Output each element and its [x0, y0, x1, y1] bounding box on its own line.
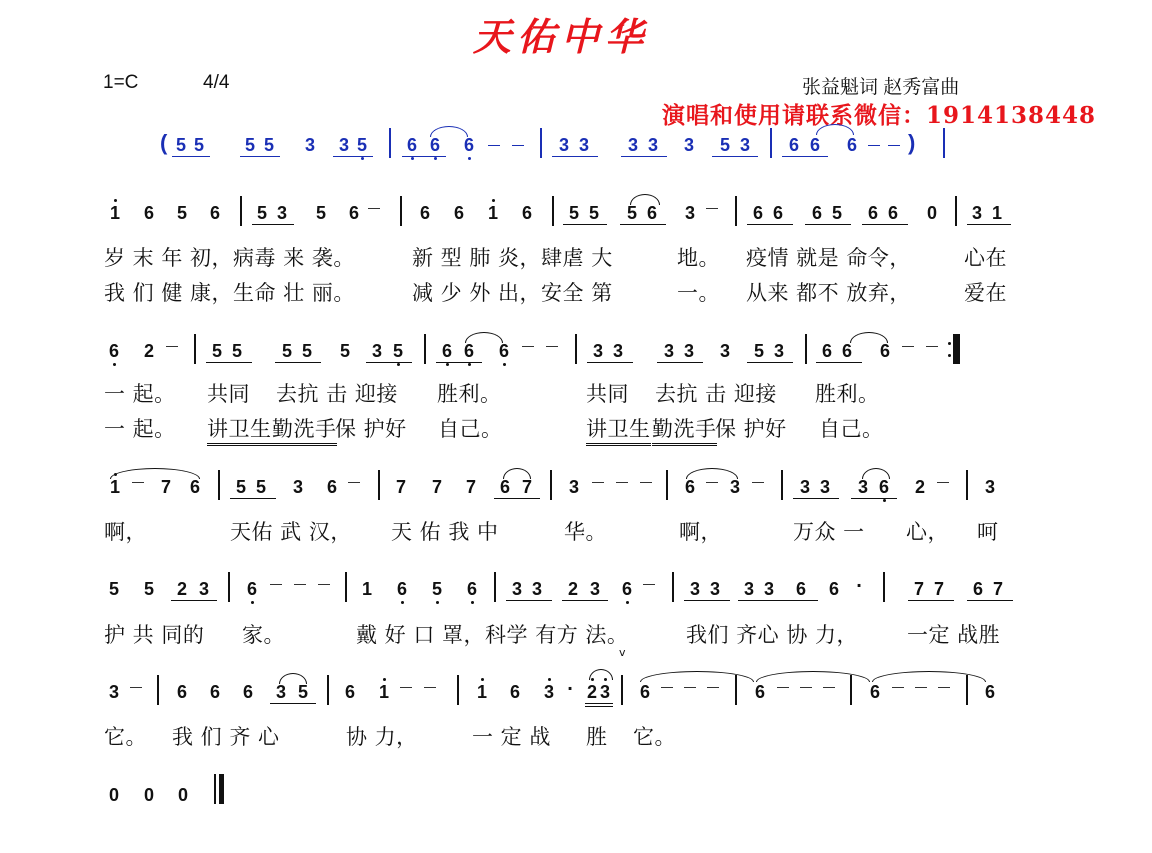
note: 3 [718, 341, 732, 361]
note: 3 [567, 477, 581, 497]
eighth-underline [908, 600, 954, 601]
note: 6 [418, 203, 432, 223]
lyric: 一定 战胜 [907, 619, 1000, 649]
barline [550, 470, 552, 500]
note-low-octave: 6 [497, 341, 511, 361]
system6-notes: 0 0 0 [0, 782, 1152, 822]
rest: 0 [176, 785, 190, 805]
note-low-octave: 6 [107, 341, 121, 361]
note-high-octave: 2 [585, 682, 599, 702]
note: 6 [840, 341, 854, 361]
note: 5 [210, 341, 224, 361]
tie [872, 671, 986, 682]
note: 3 [738, 135, 752, 155]
note: 3 [591, 341, 605, 361]
lyric: 一 定 战 [472, 721, 551, 751]
repeat-end-barline [953, 334, 960, 364]
tie [756, 671, 870, 682]
lyric: 啊， [104, 516, 147, 546]
note: 3 [557, 135, 571, 155]
note-high-octave: 1 [475, 682, 489, 702]
note: 3 [798, 477, 812, 497]
barline [389, 128, 391, 158]
eighth-underline [657, 362, 703, 363]
credits: 张益魁词 赵秀富曲 [802, 72, 959, 99]
note: 5 [243, 135, 257, 155]
note: 6 [683, 477, 697, 497]
lyric: 它。 [104, 721, 147, 751]
note: 6 [142, 203, 156, 223]
time-signature: 4/4 [203, 72, 229, 94]
barline [666, 470, 668, 500]
note: 3 [983, 477, 997, 497]
dash [368, 208, 380, 209]
dash [684, 687, 696, 688]
system5-notes: 3 6 6 6 3 5 6 1 1 6 3 · 2 3 6 6 6 6 [0, 679, 1152, 719]
note: 6 [866, 203, 880, 223]
eighth-underline [402, 156, 446, 157]
note: 5 [300, 341, 314, 361]
eighth-underline [684, 600, 730, 601]
slur [862, 468, 890, 479]
note: 5 [296, 682, 310, 702]
barline [672, 572, 674, 602]
note: 2 [566, 579, 580, 599]
note: 1 [990, 203, 1004, 223]
note: 6 [188, 477, 202, 497]
note: 7 [912, 579, 926, 599]
note: 3 [728, 477, 742, 497]
eighth-underline [620, 224, 666, 225]
barline [218, 470, 220, 500]
barline [552, 196, 554, 226]
note-low-octave: 5 [391, 341, 405, 361]
note-low-octave: 6 [620, 579, 634, 599]
lyric-verse1: 胜利。 [815, 378, 880, 408]
note: 3 [682, 135, 696, 155]
barline [966, 470, 968, 500]
note-high-octave: 3 [598, 682, 612, 702]
dash [915, 687, 927, 688]
slur [589, 669, 613, 680]
note: 5 [314, 203, 328, 223]
barline [735, 675, 737, 705]
note-high-octave: 1 [108, 477, 122, 497]
note: 5 [262, 135, 276, 155]
system3-notes: 1 7 6 5 5 3 6 7 7 7 6 7 3 6 3 3 3 3 6 2 … [0, 474, 1152, 514]
dash [706, 208, 718, 209]
note: 3 [588, 579, 602, 599]
barline [228, 572, 230, 602]
barline [540, 128, 542, 158]
note-low-octave: 6 [462, 135, 476, 155]
augmentation-dot: · [856, 576, 862, 595]
note-low-octave: 6 [395, 579, 409, 599]
system4-notes: 5 5 2 3 6 1 6 5 6 3 3 2 3 6 3 3 3 3 6 6 … [0, 576, 1152, 616]
note: 6 [343, 682, 357, 702]
barline [240, 196, 242, 226]
dash [926, 346, 938, 347]
note: 7 [394, 477, 408, 497]
note: 7 [932, 579, 946, 599]
eighth-underline [587, 362, 633, 363]
note: 2 [913, 477, 927, 497]
lyric-verse2: 爱在 [964, 277, 1007, 307]
note: 6 [794, 579, 808, 599]
note: 6 [886, 203, 900, 223]
eighth-underline [552, 156, 598, 157]
note: 3 [107, 682, 121, 702]
eighth-underline [967, 600, 1013, 601]
note: 5 [567, 203, 581, 223]
note: 6 [645, 203, 659, 223]
note-high-octave: 1 [486, 203, 500, 223]
note: 3 [197, 579, 211, 599]
eighth-underline [621, 156, 667, 157]
final-barline [214, 774, 224, 804]
dash [706, 482, 718, 483]
note-low-octave: 6 [440, 341, 454, 361]
note: 6 [498, 477, 512, 497]
lyric: 我们 齐心 协 力， [686, 619, 858, 649]
lyric-verse1: 岁 末 年 初，病毒 来 袭。 [104, 242, 355, 272]
lyric-verse2: 一 起。 [104, 413, 176, 443]
dash [546, 346, 558, 347]
lyric-verse2: 我 们 健 康，生命 壮 丽。 [104, 277, 355, 307]
barline [345, 572, 347, 602]
lyric-verse1: 疫情 就是 命令， [746, 242, 911, 272]
dash [643, 584, 655, 585]
eighth-underline [562, 600, 608, 601]
note-low-octave: 6 [245, 579, 259, 599]
note: 6 [810, 203, 824, 223]
dash [512, 145, 524, 146]
eighth-underline [793, 498, 839, 499]
barline [157, 675, 159, 705]
lyric: 家。 [242, 619, 285, 649]
note: 6 [845, 135, 859, 155]
lyric-verse1: 心在 [964, 242, 1007, 272]
note: 5 [234, 477, 248, 497]
eighth-underline [862, 224, 908, 225]
note: 3 [818, 477, 832, 497]
dash [661, 687, 673, 688]
barline [424, 334, 426, 364]
barline [805, 334, 807, 364]
note-high-octave: 1 [377, 682, 391, 702]
note: 6 [868, 682, 882, 702]
dash [488, 145, 500, 146]
eighth-underline [171, 600, 217, 601]
eighth-underline [270, 703, 316, 704]
dash [348, 482, 360, 483]
dash [270, 584, 282, 585]
eighth-underline [563, 224, 607, 225]
lyric-verse1: 地。 [677, 242, 720, 272]
note: 6 [753, 682, 767, 702]
lyric: 万众 一 [793, 516, 865, 546]
note: 6 [808, 135, 822, 155]
note: 6 [638, 682, 652, 702]
note: 3 [275, 203, 289, 223]
note: 7 [464, 477, 478, 497]
note: 7 [159, 477, 173, 497]
barline [621, 675, 623, 705]
lyric: 心， [906, 516, 949, 546]
augmentation-dot: · [567, 679, 573, 698]
slur [503, 468, 531, 479]
note: 3 [626, 135, 640, 155]
note: 5 [174, 135, 188, 155]
dash [938, 687, 950, 688]
lyric: 华。 [564, 516, 607, 546]
key-signature: 1=C [103, 72, 138, 94]
eighth-underline [782, 156, 828, 157]
note: 3 [646, 135, 660, 155]
repeat-dot [948, 354, 951, 357]
slur [279, 673, 307, 684]
note: 3 [611, 341, 625, 361]
note: 6 [325, 477, 339, 497]
note-low-octave: 6 [465, 579, 479, 599]
lyric: 天佑 武 汉， [230, 516, 352, 546]
lyric: 呵 [977, 516, 999, 546]
eighth-underline [333, 156, 373, 157]
barline [378, 470, 380, 500]
dash [777, 687, 789, 688]
eighth-underline [436, 362, 482, 363]
note: 3 [530, 579, 544, 599]
barline [575, 334, 577, 364]
eighth-underline [172, 156, 210, 157]
lyric: 它。 [633, 721, 676, 751]
barline [781, 470, 783, 500]
lyric-verse2: 减 少 外 出，安全 第 [412, 277, 613, 307]
note: 3 [762, 579, 776, 599]
note: 6 [208, 682, 222, 702]
intro-line: ( 5 5 5 5 3 3 5 6 6 6 3 3 3 3 3 5 3 6 6 … [0, 132, 1152, 172]
dash [592, 482, 604, 483]
lyric-verse1: 共同 [207, 378, 250, 408]
note: 6 [787, 135, 801, 155]
lyric: 啊， [679, 516, 722, 546]
lyric-verse1: 胜利。 [437, 378, 502, 408]
eighth-underline [275, 362, 321, 363]
note: 5 [107, 579, 121, 599]
dash [132, 482, 144, 483]
sixteenth-underline [585, 706, 613, 707]
lyric-verse2-underlined: 讲卫生 [586, 413, 651, 446]
note: 3 [683, 203, 697, 223]
dash [868, 145, 880, 146]
eighth-underline [230, 498, 276, 499]
breath-mark: v [619, 646, 626, 659]
barline [943, 128, 945, 158]
note: 3 [337, 135, 351, 155]
lyric: 我 们 齐 心 [172, 721, 280, 751]
note: 6 [820, 341, 834, 361]
lyric-verse2-underlined: 勤洗手 [652, 413, 717, 446]
eighth-underline [784, 600, 818, 601]
note: 3 [772, 341, 786, 361]
note: 5 [230, 341, 244, 361]
lyric: 胜 [586, 721, 608, 751]
eighth-underline [712, 156, 758, 157]
lyric-verse1: 去抗 击 迎接 [276, 378, 398, 408]
note-low-octave: 6 [405, 135, 419, 155]
eighth-underline [506, 600, 552, 601]
rest: 0 [107, 785, 121, 805]
lyric-verse2: 保 护好 [335, 413, 407, 443]
lyric-verse1: 共同 [586, 378, 629, 408]
note: 2 [175, 579, 189, 599]
note: 7 [991, 579, 1005, 599]
lyric-verse2-underlined: 勤洗手 [272, 413, 337, 446]
repeat-dot [948, 342, 951, 345]
note: 3 [742, 579, 756, 599]
dash [800, 687, 812, 688]
dash [166, 346, 178, 347]
lyric-verse2: 一。 [677, 277, 720, 307]
note: 3 [856, 477, 870, 497]
rest: 0 [142, 785, 156, 805]
eighth-underline [206, 362, 252, 363]
slur [630, 194, 660, 205]
lyric-verse2: 自己。 [438, 413, 503, 443]
dash [937, 482, 949, 483]
close-paren: ) [908, 130, 915, 156]
barline [955, 196, 957, 226]
dash [823, 687, 835, 688]
note: 6 [751, 203, 765, 223]
dash [892, 687, 904, 688]
contact-watermark: 演唱和使用请联系微信：1914138448 [662, 97, 1096, 130]
dash [130, 687, 142, 688]
lyric: 戴 好 口 罩，科学 有方 法。 [356, 619, 628, 649]
note-low-octave: 6 [462, 341, 476, 361]
note: 6 [241, 682, 255, 702]
note: 6 [452, 203, 466, 223]
note: 7 [430, 477, 444, 497]
note: 6 [771, 203, 785, 223]
note-low-octave: 6 [877, 477, 891, 497]
note: 3 [662, 341, 676, 361]
dash [318, 584, 330, 585]
lyric-verse1: 一 起。 [104, 378, 176, 408]
dash [294, 584, 306, 585]
eighth-underline [240, 156, 280, 157]
dash [616, 482, 628, 483]
barline [494, 572, 496, 602]
eighth-underline [366, 362, 412, 363]
note: 3 [708, 579, 722, 599]
dash [752, 482, 764, 483]
note: 3 [303, 135, 317, 155]
note: 6 [175, 682, 189, 702]
eighth-underline [747, 362, 793, 363]
note: 5 [625, 203, 639, 223]
eighth-underline [494, 498, 540, 499]
note: 5 [587, 203, 601, 223]
barline [327, 675, 329, 705]
eighth-underline [851, 498, 897, 499]
dash [902, 346, 914, 347]
note: 5 [338, 341, 352, 361]
note: 5 [718, 135, 732, 155]
note-low-octave: 5 [355, 135, 369, 155]
note: 6 [520, 203, 534, 223]
barline [400, 196, 402, 226]
note: 5 [752, 341, 766, 361]
note: 6 [508, 682, 522, 702]
note: 5 [280, 341, 294, 361]
lyric: 护 共 同的 [104, 619, 204, 649]
eighth-underline [805, 224, 851, 225]
note: 6 [208, 203, 222, 223]
dash [707, 687, 719, 688]
note: 3 [577, 135, 591, 155]
dash [400, 687, 412, 688]
note: 5 [175, 203, 189, 223]
eighth-underline [816, 362, 862, 363]
lyric-verse2: 保 护好 [715, 413, 787, 443]
system1-notes: 1 6 5 6 5 3 5 6 6 6 1 6 5 5 5 6 3 6 6 6 … [0, 200, 1152, 240]
system2-notes: 6 2 5 5 5 5 5 3 5 6 6 6 3 3 3 3 3 5 3 6 … [0, 338, 1152, 378]
dash [424, 687, 436, 688]
dash [888, 145, 900, 146]
rest: 0 [925, 203, 939, 223]
note: 5 [192, 135, 206, 155]
dash [640, 482, 652, 483]
barline [735, 196, 737, 226]
note: 3 [370, 341, 384, 361]
sixteenth-underline [585, 703, 613, 704]
barline [883, 572, 885, 602]
note: 3 [291, 477, 305, 497]
note: 6 [983, 682, 997, 702]
eighth-underline [738, 600, 784, 601]
lyric-verse1: 去抗 击 迎接 [655, 378, 777, 408]
note: 6 [347, 203, 361, 223]
dash [522, 346, 534, 347]
note: 6 [878, 341, 892, 361]
eighth-underline [747, 224, 793, 225]
note: 5 [142, 579, 156, 599]
note-low-octave: 5 [430, 579, 444, 599]
barline [850, 675, 852, 705]
note: 7 [520, 477, 534, 497]
eighth-underline [967, 224, 1011, 225]
note: 3 [274, 682, 288, 702]
note: 3 [510, 579, 524, 599]
lyric-verse2: 从来 都不 放弃， [746, 277, 911, 307]
note: 3 [688, 579, 702, 599]
note: 5 [255, 203, 269, 223]
barline [966, 675, 968, 705]
barline [194, 334, 196, 364]
note: 1 [360, 579, 374, 599]
note-high-octave: 3 [542, 682, 556, 702]
note: 5 [254, 477, 268, 497]
barline [457, 675, 459, 705]
lyric: 天 佑 我 中 [391, 516, 499, 546]
note: 6 [971, 579, 985, 599]
eighth-underline [252, 224, 294, 225]
lyric-verse1: 新 型 肺 炎，肆虐 大 [412, 242, 613, 272]
lyric: 协 力， [346, 721, 418, 751]
note: 6 [827, 579, 841, 599]
note-high-octave: 1 [108, 203, 122, 223]
